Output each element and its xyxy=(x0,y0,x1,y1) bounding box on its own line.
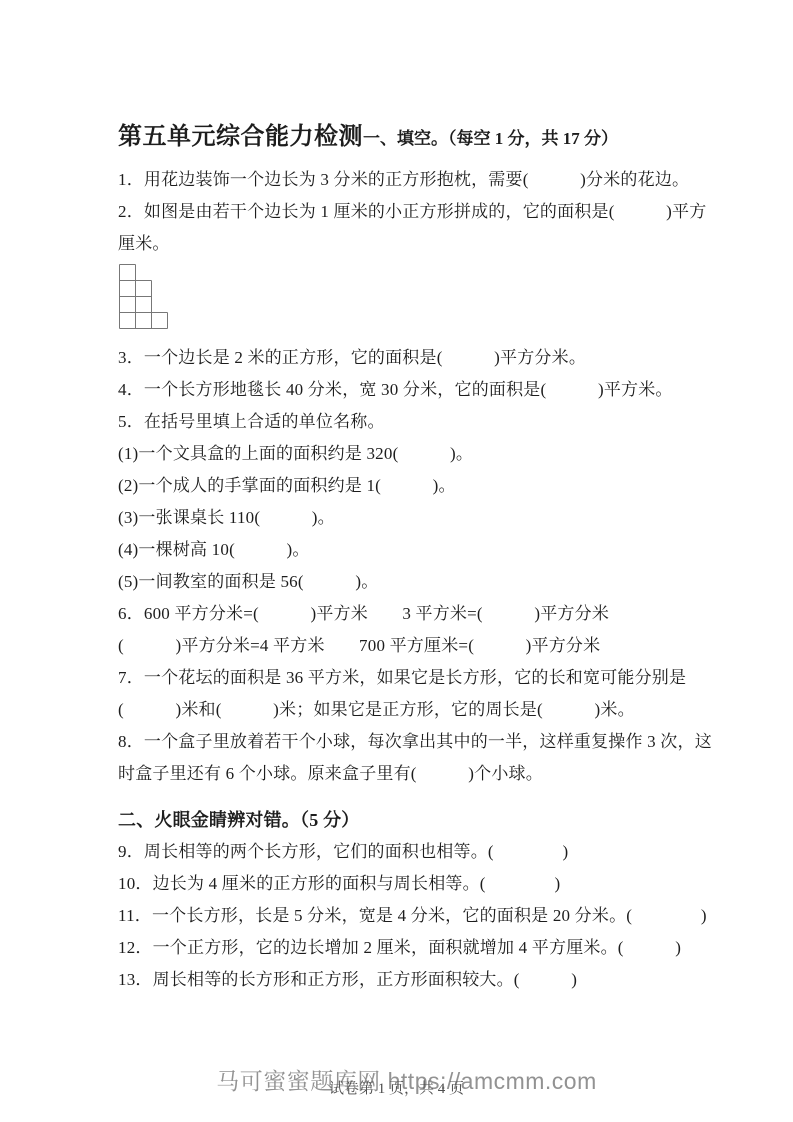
question-5-sub-5: (5)一间教室的面积是 56( )。 xyxy=(118,566,698,598)
question-4: 4．一个长方形地毯长 40 分米，宽 30 分米，它的面积是( )平方米。 xyxy=(118,374,698,406)
question-10: 10．边长为 4 厘米的正方形的面积与周长相等。( ) xyxy=(118,868,698,900)
unit-squares-grid-svg xyxy=(119,264,169,330)
question-6-line-2: ( )平方分米=4 平方米 700 平方厘米=( )平方分米 xyxy=(118,630,698,662)
section2-header: 二、火眼金睛辨对错。（5 分） xyxy=(118,804,698,836)
question-5-sub-3: (3)一张课桌长 110( )。 xyxy=(118,502,698,534)
question-1: 1．用花边装饰一个边长为 3 分米的正方形抱枕，需要( )分米的花边。 xyxy=(118,164,698,196)
paper-title-line: 第五单元综合能力检测一、填空。（每空 1 分，共 17 分） xyxy=(118,116,698,154)
exam-paper-page: 第五单元综合能力检测一、填空。（每空 1 分，共 17 分） 1．用花边装饰一个… xyxy=(0,0,793,1122)
question-12: 12．一个正方形，它的边长增加 2 厘米，面积就增加 4 平方厘米。( ) xyxy=(118,932,698,964)
question-5-sub-2: (2)一个成人的手掌面的面积约是 1( )。 xyxy=(118,470,698,502)
question-8-line-2: 时盒子里还有 6 个小球。原来盒子里有( )个小球。 xyxy=(118,758,698,790)
question-3: 3．一个边长是 2 米的正方形，它的面积是( )平方分米。 xyxy=(118,342,698,374)
question-11: 11．一个长方形，长是 5 分米，宽是 4 分米，它的面积是 20 分米。( ) xyxy=(118,900,698,932)
question-2-line-2: 厘米。 xyxy=(118,228,698,260)
question-7-line-1: 7．一个花坛的面积是 36 平方米，如果它是长方形，它的长和宽可能分别是 xyxy=(118,662,698,694)
question-9: 9．周长相等的两个长方形，它们的面积也相等。( ) xyxy=(118,836,698,868)
page-number-info: 试卷第 1 页，共 4 页 xyxy=(329,1077,464,1098)
question-13: 13．周长相等的长方形和正方形，正方形面积较大。( ) xyxy=(118,964,698,996)
question-5: 5．在括号里填上合适的单位名称。 xyxy=(118,406,698,438)
question-5-sub-1: (1)一个文具盒的上面的面积约是 320( )。 xyxy=(118,438,698,470)
unit-squares-figure xyxy=(119,264,698,330)
question-7-line-2: ( )米和( )米；如果它是正方形，它的周长是( )米。 xyxy=(118,694,698,726)
unit-title: 第五单元综合能力检测 xyxy=(118,124,363,150)
question-2-line-1: 2．如图是由若干个边长为 1 厘米的小正方形拼成的，它的面积是( )平方 xyxy=(118,196,698,228)
paper-content: 第五单元综合能力检测一、填空。（每空 1 分，共 17 分） 1．用花边装饰一个… xyxy=(118,116,698,996)
question-8-line-1: 8．一个盒子里放着若干个小球，每次拿出其中的一半，这样重复操作 3 次，这 xyxy=(118,726,698,758)
question-6-line-1: 6．600 平方分米=( )平方米 3 平方米=( )平方分米 xyxy=(118,598,698,630)
question-5-sub-4: (4)一棵树高 10( )。 xyxy=(118,534,698,566)
section1-header: 一、填空。（每空 1 分，共 17 分） xyxy=(363,129,618,148)
